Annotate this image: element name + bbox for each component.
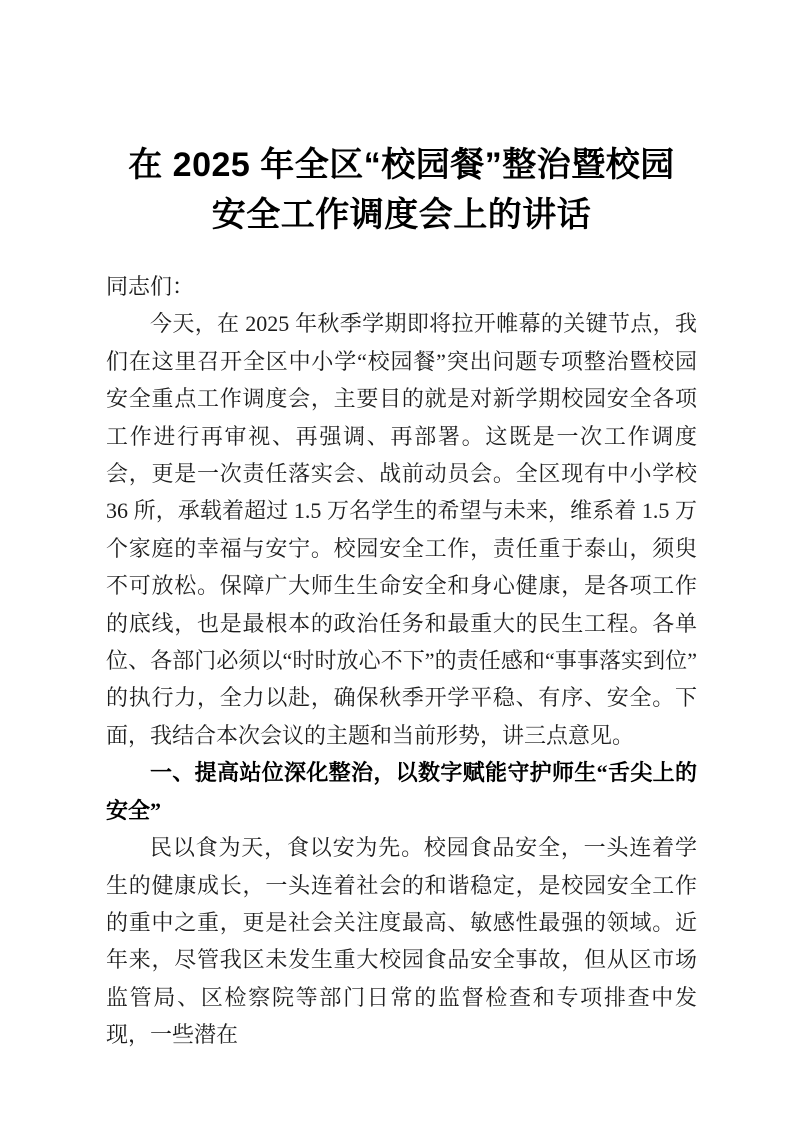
paragraph-section-1: 民以食为天，食以安为先。校园食品安全，一头连着学生的健康成长，一头连着社会的和谐… — [106, 829, 697, 1053]
document-body: 同志们： 今天，在 2025 年秋季学期即将拉开帷幕的关键节点，我们在这里召开全… — [106, 268, 697, 1054]
document-title: 在 2025 年全区“校园餐”整治暨校园 安全工作调度会上的讲话 — [106, 140, 697, 240]
document-title-line-1: 在 2025 年全区“校园餐”整治暨校园 — [106, 140, 697, 190]
page-content: 在 2025 年全区“校园餐”整治暨校园 安全工作调度会上的讲话 同志们： 今天… — [106, 140, 697, 1054]
document-title-line-2: 安全工作调度会上的讲话 — [106, 190, 697, 240]
paragraph-opening: 今天，在 2025 年秋季学期即将拉开帷幕的关键节点，我们在这里召开全区中小学“… — [106, 305, 697, 754]
document-page: 在 2025 年全区“校园餐”整治暨校园 安全工作调度会上的讲话 同志们： 今天… — [0, 0, 793, 1122]
salutation: 同志们： — [106, 268, 697, 305]
section-heading-1: 一、提高站位深化整治，以数字赋能守护师生“舌尖上的安全” — [106, 754, 697, 829]
